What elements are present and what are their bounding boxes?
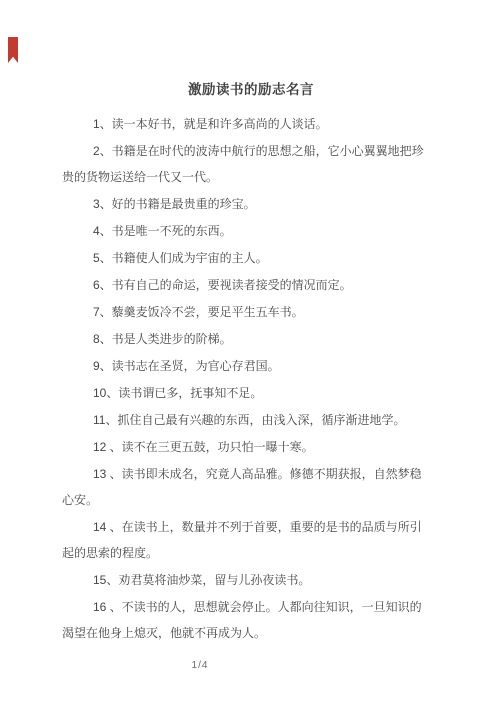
quote-line: 3、好的书籍是最贵重的珍宝。 (62, 191, 440, 217)
quote-item: 15、劝君莫将油炒菜，留与儿孙夜读书。 (62, 567, 440, 593)
quote-line: 1、读一本好书，就是和许多高尚的人谈话。 (62, 111, 440, 137)
quote-item: 10、读书谓已多，抚事知不足。 (62, 380, 440, 406)
quote-line: 7、藜羹麦饭冷不尝，要足平生五车书。 (62, 299, 440, 325)
quote-line: 6、书有自己的命运，要视读者接受的情况而定。 (62, 272, 440, 298)
quote-line: 9、读书志在圣贤，为官心存君国。 (62, 353, 440, 379)
quote-item: 13 、读书即未成名，究竟人高品雅。修德不期获报，自然梦稳 心安。 (62, 461, 440, 513)
quote-line: 11、抓住自己最有兴趣的东西，由浅入深，循序渐进地学。 (62, 407, 440, 433)
quote-line: 贵的货物运送给一代又一代。 (62, 164, 440, 190)
quote-item: 8、书是人类进步的阶梯。 (62, 326, 440, 352)
quote-item: 7、藜羹麦饭冷不尝，要足平生五车书。 (62, 299, 440, 325)
page-title: 激励读书的励志名言 (62, 77, 440, 103)
quote-list: 1、读一本好书，就是和许多高尚的人谈话。 2、书籍是在时代的波涛中航行的思想之船… (62, 111, 440, 646)
quote-line: 起的思索的程度。 (62, 540, 440, 566)
quote-item: 14 、在读书上，数量并不列于首要，重要的是书的品质与所引 起的思索的程度。 (62, 514, 440, 566)
quote-line: 4、书是唯一不死的东西。 (62, 218, 440, 244)
quote-item: 2、书籍是在时代的波涛中航行的思想之船，它小心翼翼地把珍 贵的货物运送给一代又一… (62, 138, 440, 190)
page-number: 1/4 (0, 658, 400, 674)
quote-line: 8、书是人类进步的阶梯。 (62, 326, 440, 352)
document-page: 激励读书的励志名言 1、读一本好书，就是和许多高尚的人谈话。 2、书籍是在时代的… (0, 0, 500, 708)
quote-line: 10、读书谓已多，抚事知不足。 (62, 380, 440, 406)
quote-line: 15、劝君莫将油炒菜，留与儿孙夜读书。 (62, 567, 440, 593)
document-content: 激励读书的励志名言 1、读一本好书，就是和许多高尚的人谈话。 2、书籍是在时代的… (62, 77, 440, 647)
quote-item: 1、读一本好书，就是和许多高尚的人谈话。 (62, 111, 440, 137)
quote-item: 5、书籍使人们成为宇宙的主人。 (62, 245, 440, 271)
quote-line: 14 、在读书上，数量并不列于首要，重要的是书的品质与所引 (62, 514, 440, 540)
quote-line: 5、书籍使人们成为宇宙的主人。 (62, 245, 440, 271)
quote-item: 4、书是唯一不死的东西。 (62, 218, 440, 244)
quote-item: 3、好的书籍是最贵重的珍宝。 (62, 191, 440, 217)
quote-item: 16 、不读书的人，思想就会停止。人都向往知识，一旦知识的 渴望在他身上熄灭，他… (62, 594, 440, 646)
quote-item: 12 、读不在三更五鼓，功只怕一曝十寒。 (62, 434, 440, 460)
quote-item: 9、读书志在圣贤，为官心存君国。 (62, 353, 440, 379)
quote-line: 16 、不读书的人，思想就会停止。人都向往知识，一旦知识的 (62, 594, 440, 620)
quote-line: 渴望在他身上熄灭，他就不再成为人。 (62, 620, 440, 646)
quote-line: 心安。 (62, 487, 440, 513)
quote-item: 6、书有自己的命运，要视读者接受的情况而定。 (62, 272, 440, 298)
quote-line: 12 、读不在三更五鼓，功只怕一曝十寒。 (62, 434, 440, 460)
quote-item: 11、抓住自己最有兴趣的东西，由浅入深，循序渐进地学。 (62, 407, 440, 433)
quote-line: 13 、读书即未成名，究竟人高品雅。修德不期获报，自然梦稳 (62, 461, 440, 487)
bookmark-ribbon-icon (8, 37, 18, 63)
quote-line: 2、书籍是在时代的波涛中航行的思想之船，它小心翼翼地把珍 (62, 138, 440, 164)
